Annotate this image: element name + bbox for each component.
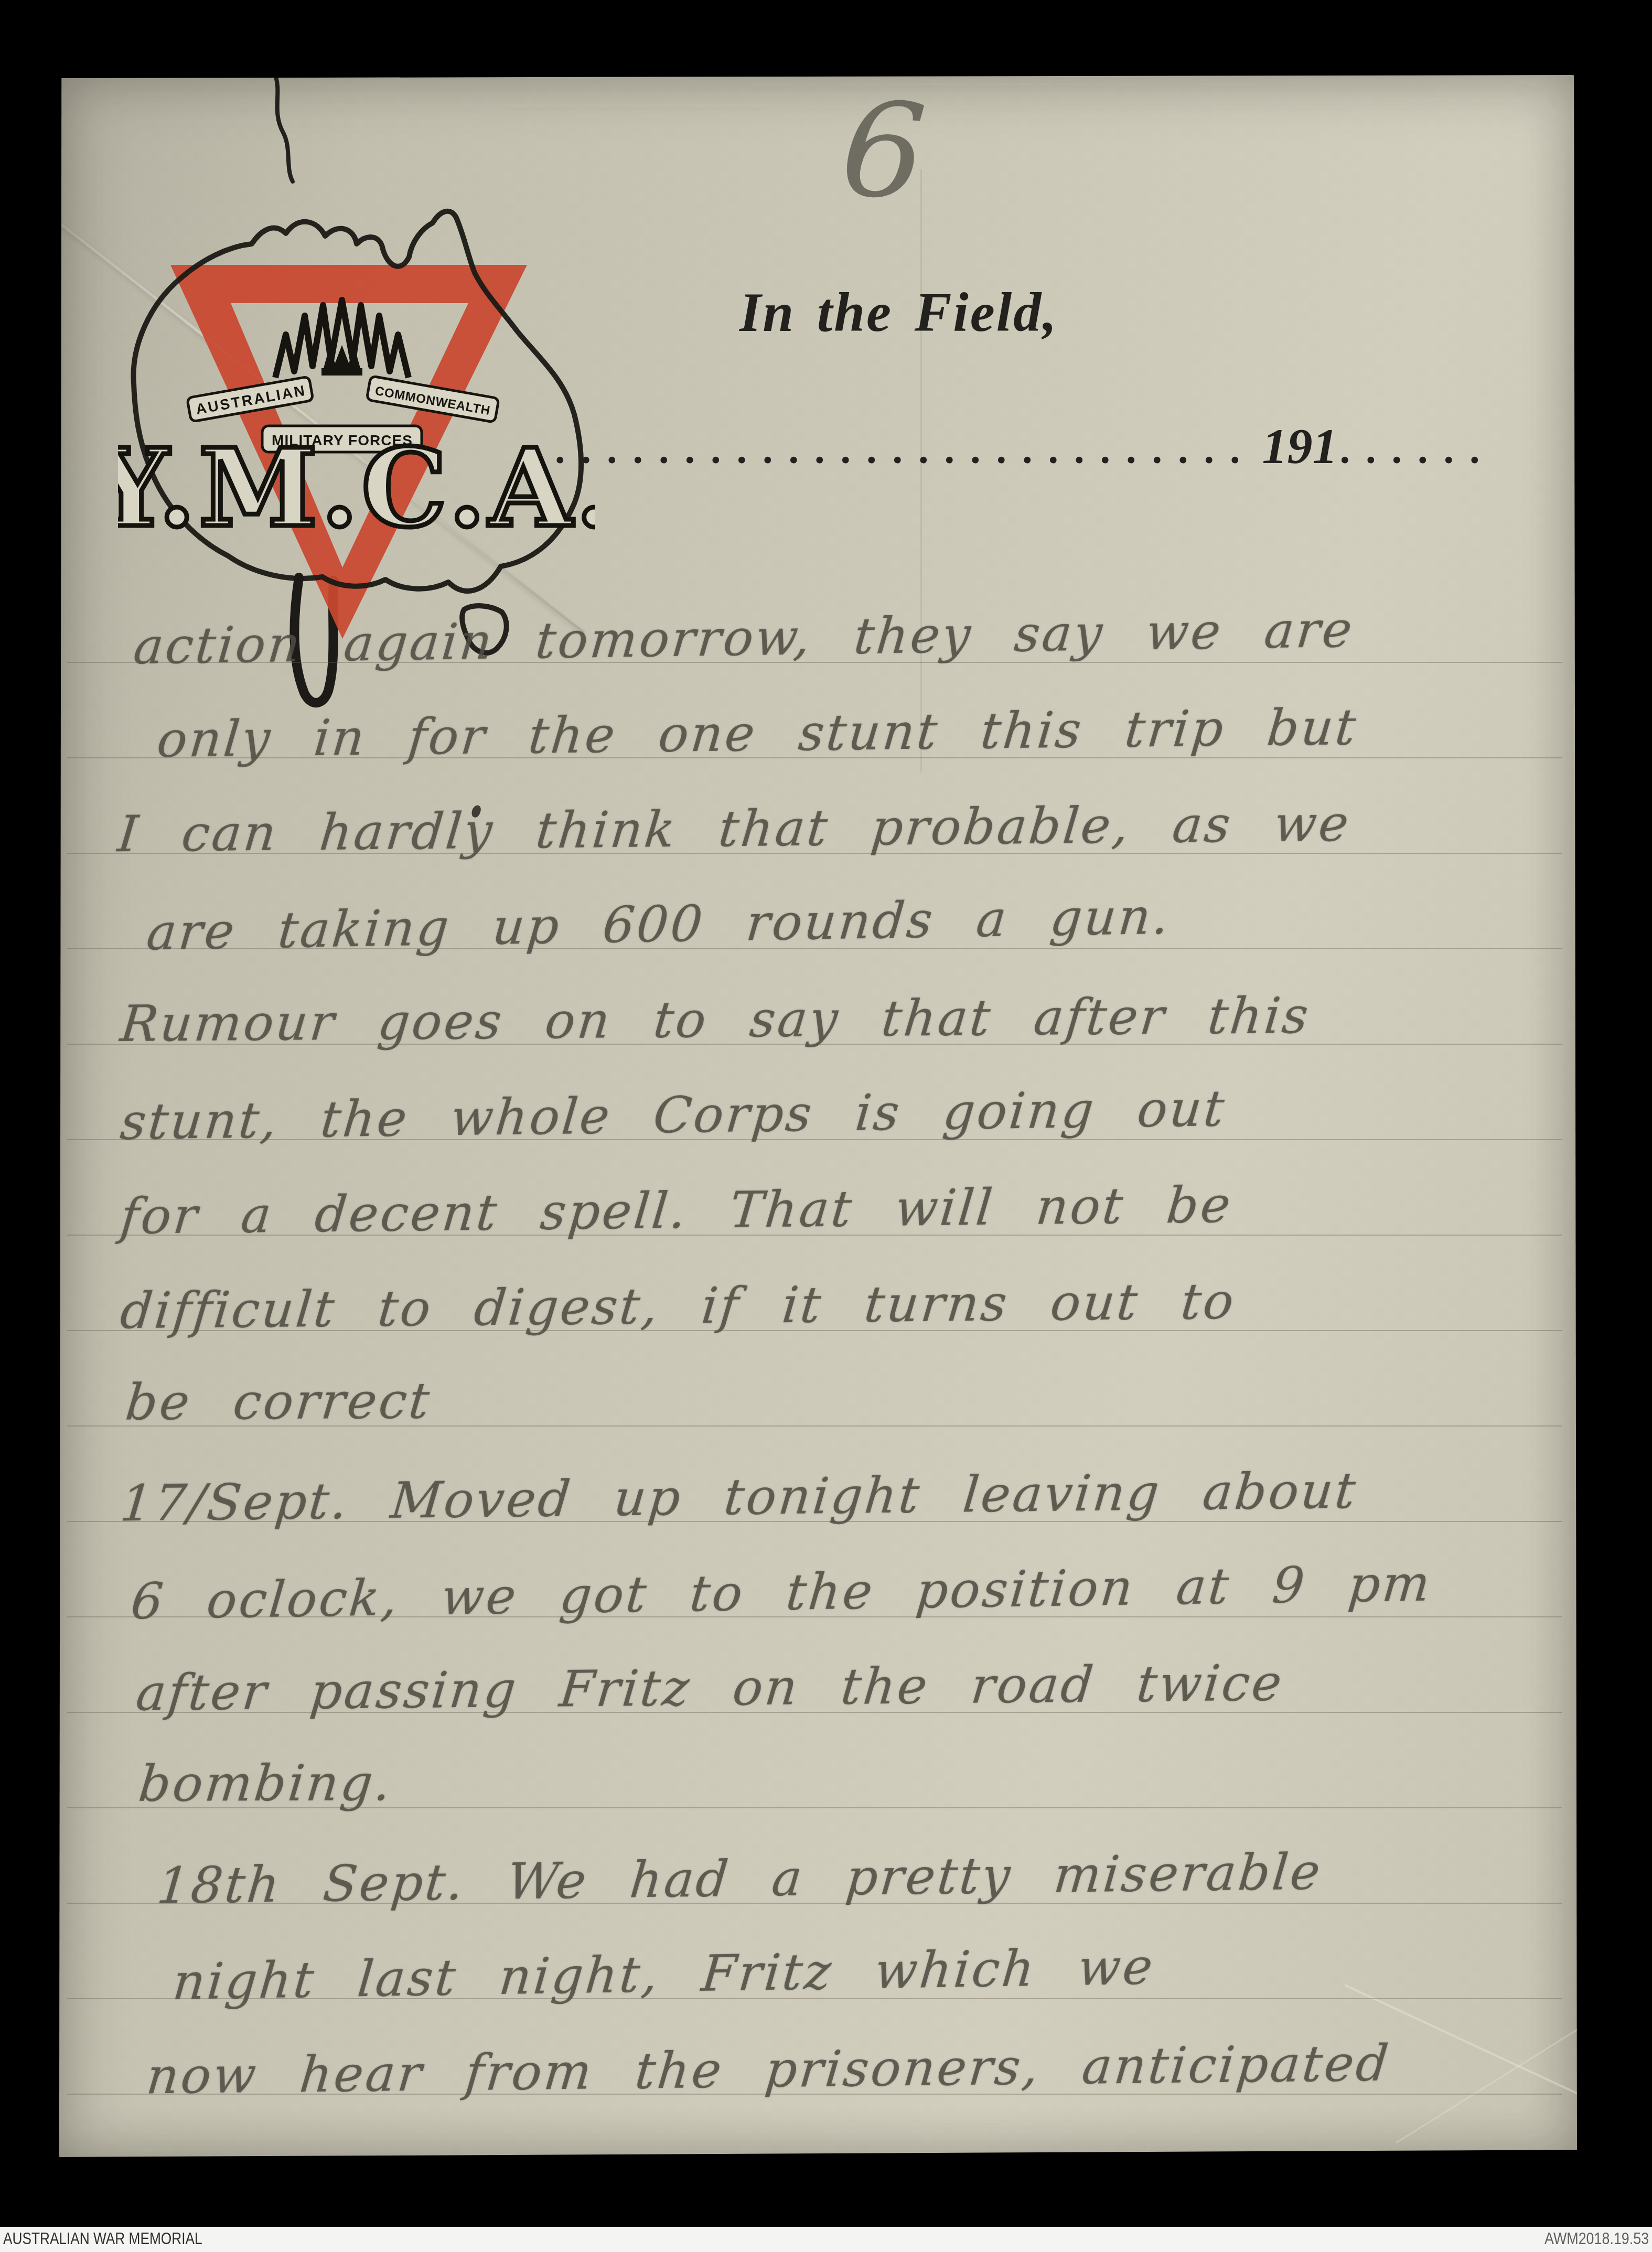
letterhead-date-line: ........................... 191 ...... [555, 417, 1496, 475]
ymca-aif-logo: AUSTRALIAN COMMONWEALTH MILITARY FORCES … [118, 205, 595, 663]
date-year-191: 191 [1262, 417, 1338, 475]
handwriting-line: Rumour goes on to say that after this [118, 987, 1313, 1053]
handwriting-line: now hear from the prisoners, anticipated [144, 2035, 1393, 2106]
handwriting-line: night last night, Fritz which we [170, 1938, 1157, 2011]
handwriting-line: 18th Sept. We had a pretty miserable [155, 1843, 1325, 1915]
letterhead-location: In the Field, [739, 281, 1058, 345]
letter-paper: AUSTRALIAN COMMONWEALTH MILITARY FORCES … [58, 75, 1577, 2158]
handwriting-line: be correct [123, 1372, 434, 1431]
handwriting-line: after passing Fritz on the road twice [134, 1654, 1286, 1722]
handwriting-line: stunt, the whole Corps is going out [118, 1080, 1229, 1151]
handwriting-line: 17/Sept. Moved up tonight leaving about [118, 1462, 1360, 1533]
archive-accession-number: AWM2018.19.53 [1544, 2229, 1649, 2248]
archive-watermark-bar: AUSTRALIAN WAR MEMORIAL AWM2018.19.53 [0, 2227, 1652, 2252]
scan-stage: AUSTRALIAN COMMONWEALTH MILITARY FORCES … [0, 0, 1652, 2252]
handwriting-line: bombing. [136, 1754, 395, 1813]
handwriting-line: for a decent spell. That will not be [118, 1176, 1235, 1246]
handwriting-line: difficult to digest, if it turns out to [118, 1273, 1238, 1341]
handwriting-line: I can hardly think that probable, as we [115, 795, 1354, 864]
ymca-wordmark: Y.M.C.A. [118, 425, 595, 551]
handwritten-page-number: 6 [837, 83, 929, 219]
handwriting-line: 6 oclock, we got to the position at 9 pm [128, 1555, 1434, 1631]
date-dots-after: ...... [1340, 426, 1496, 473]
archive-institution-label: AUSTRALIAN WAR MEMORIAL [3, 2229, 202, 2248]
handwriting-line: are taking up 600 rounds a gun. [144, 888, 1173, 962]
date-dots-before: ........................... [555, 426, 1256, 473]
